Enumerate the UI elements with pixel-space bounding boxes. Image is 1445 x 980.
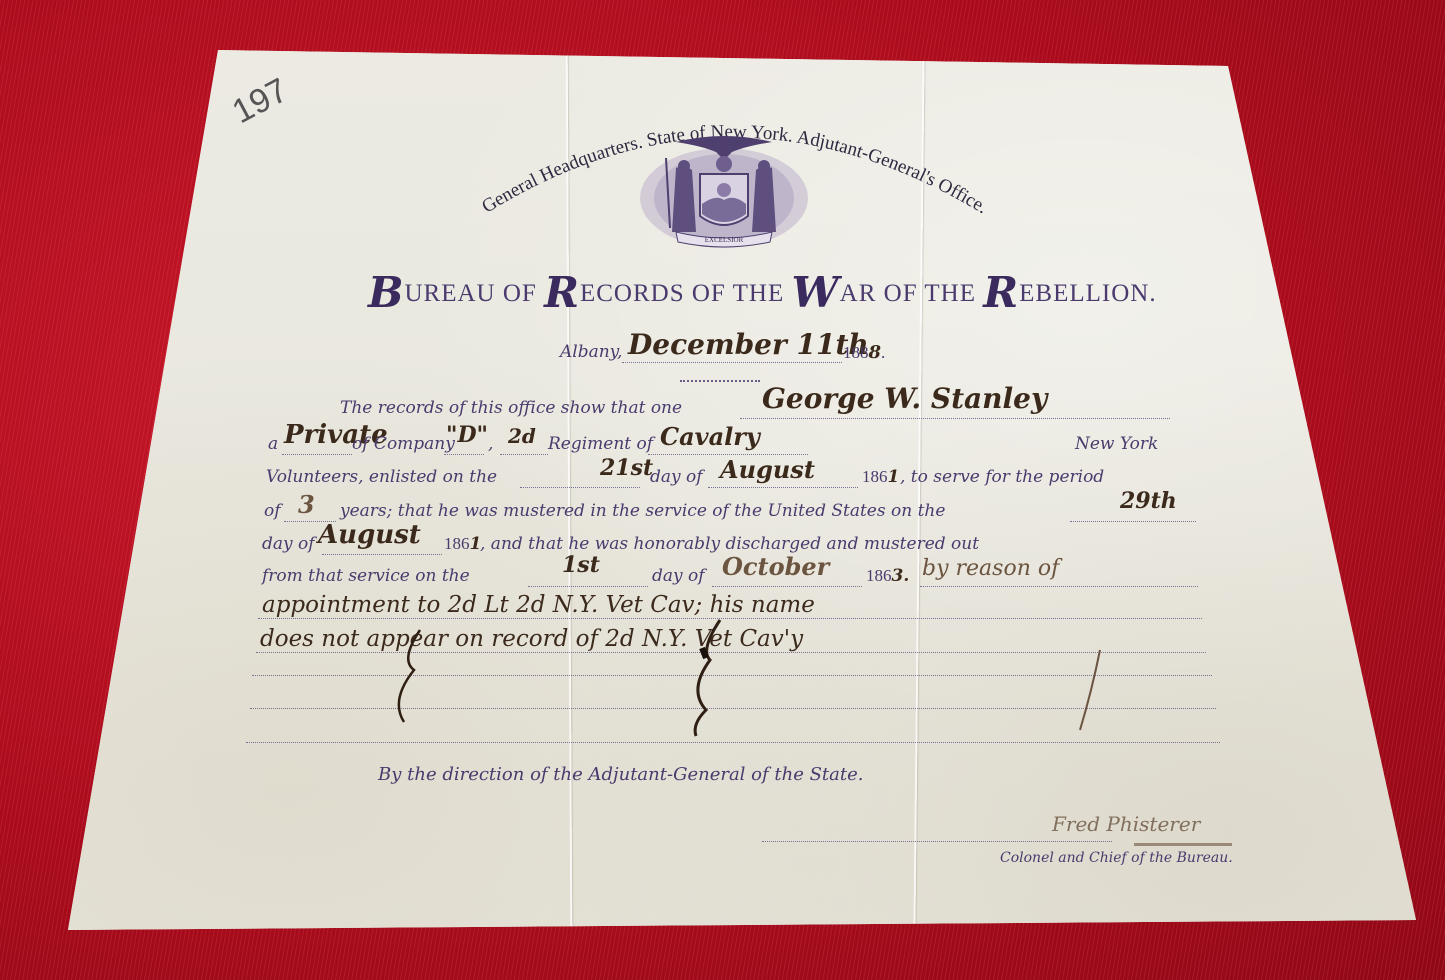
year-handwritten: 8 (869, 342, 882, 363)
title-cap-r: R (544, 268, 580, 317)
date-handwritten: December 11th (628, 328, 869, 361)
year-printed: 1888. (843, 342, 885, 363)
term-years: 3 (298, 490, 315, 519)
title-cap-w: W (791, 268, 839, 317)
title-cap-r2: R (983, 268, 1019, 317)
muster-in-day: 29th (1120, 488, 1177, 514)
signature-title: Colonel and Chief of the Bureau. (1000, 850, 1233, 866)
company: "D" (446, 422, 488, 448)
arm-of-service: Cavalry (660, 422, 760, 451)
place-label: Albany, (560, 342, 622, 362)
ink-flourishes (380, 600, 1140, 740)
remark-line-1: by reason of (922, 556, 1059, 581)
discharge-day: 1st (562, 552, 600, 578)
blank-line (246, 742, 1220, 743)
pencil-note: 197 (226, 71, 294, 132)
bureau-title: BUREAU OF RECORDS OF THE WAR OF THE REBE… (368, 268, 1157, 317)
seal-motto: EXCELSIOR (705, 236, 744, 244)
title-cap-b: B (368, 268, 405, 317)
document-paper: 197 General Headquarters. State of New Y… (0, 0, 1445, 980)
direction-line: By the direction of the Adjutant-General… (378, 764, 863, 785)
regiment-number: 2d (508, 424, 536, 448)
state-seal: EXCELSIOR (636, 128, 812, 250)
enlist-month: August (720, 455, 815, 484)
line1-print: The records of this office show that one (340, 398, 682, 418)
enlist-day: 21st (600, 455, 653, 481)
discharge-month: October (722, 552, 829, 581)
muster-in-month: August (318, 520, 421, 550)
soldier-name: George W. Stanley (762, 382, 1047, 415)
signature: Fred Phisterer (1052, 812, 1200, 836)
signature-line (762, 841, 1112, 842)
decorative-rule (680, 380, 760, 382)
